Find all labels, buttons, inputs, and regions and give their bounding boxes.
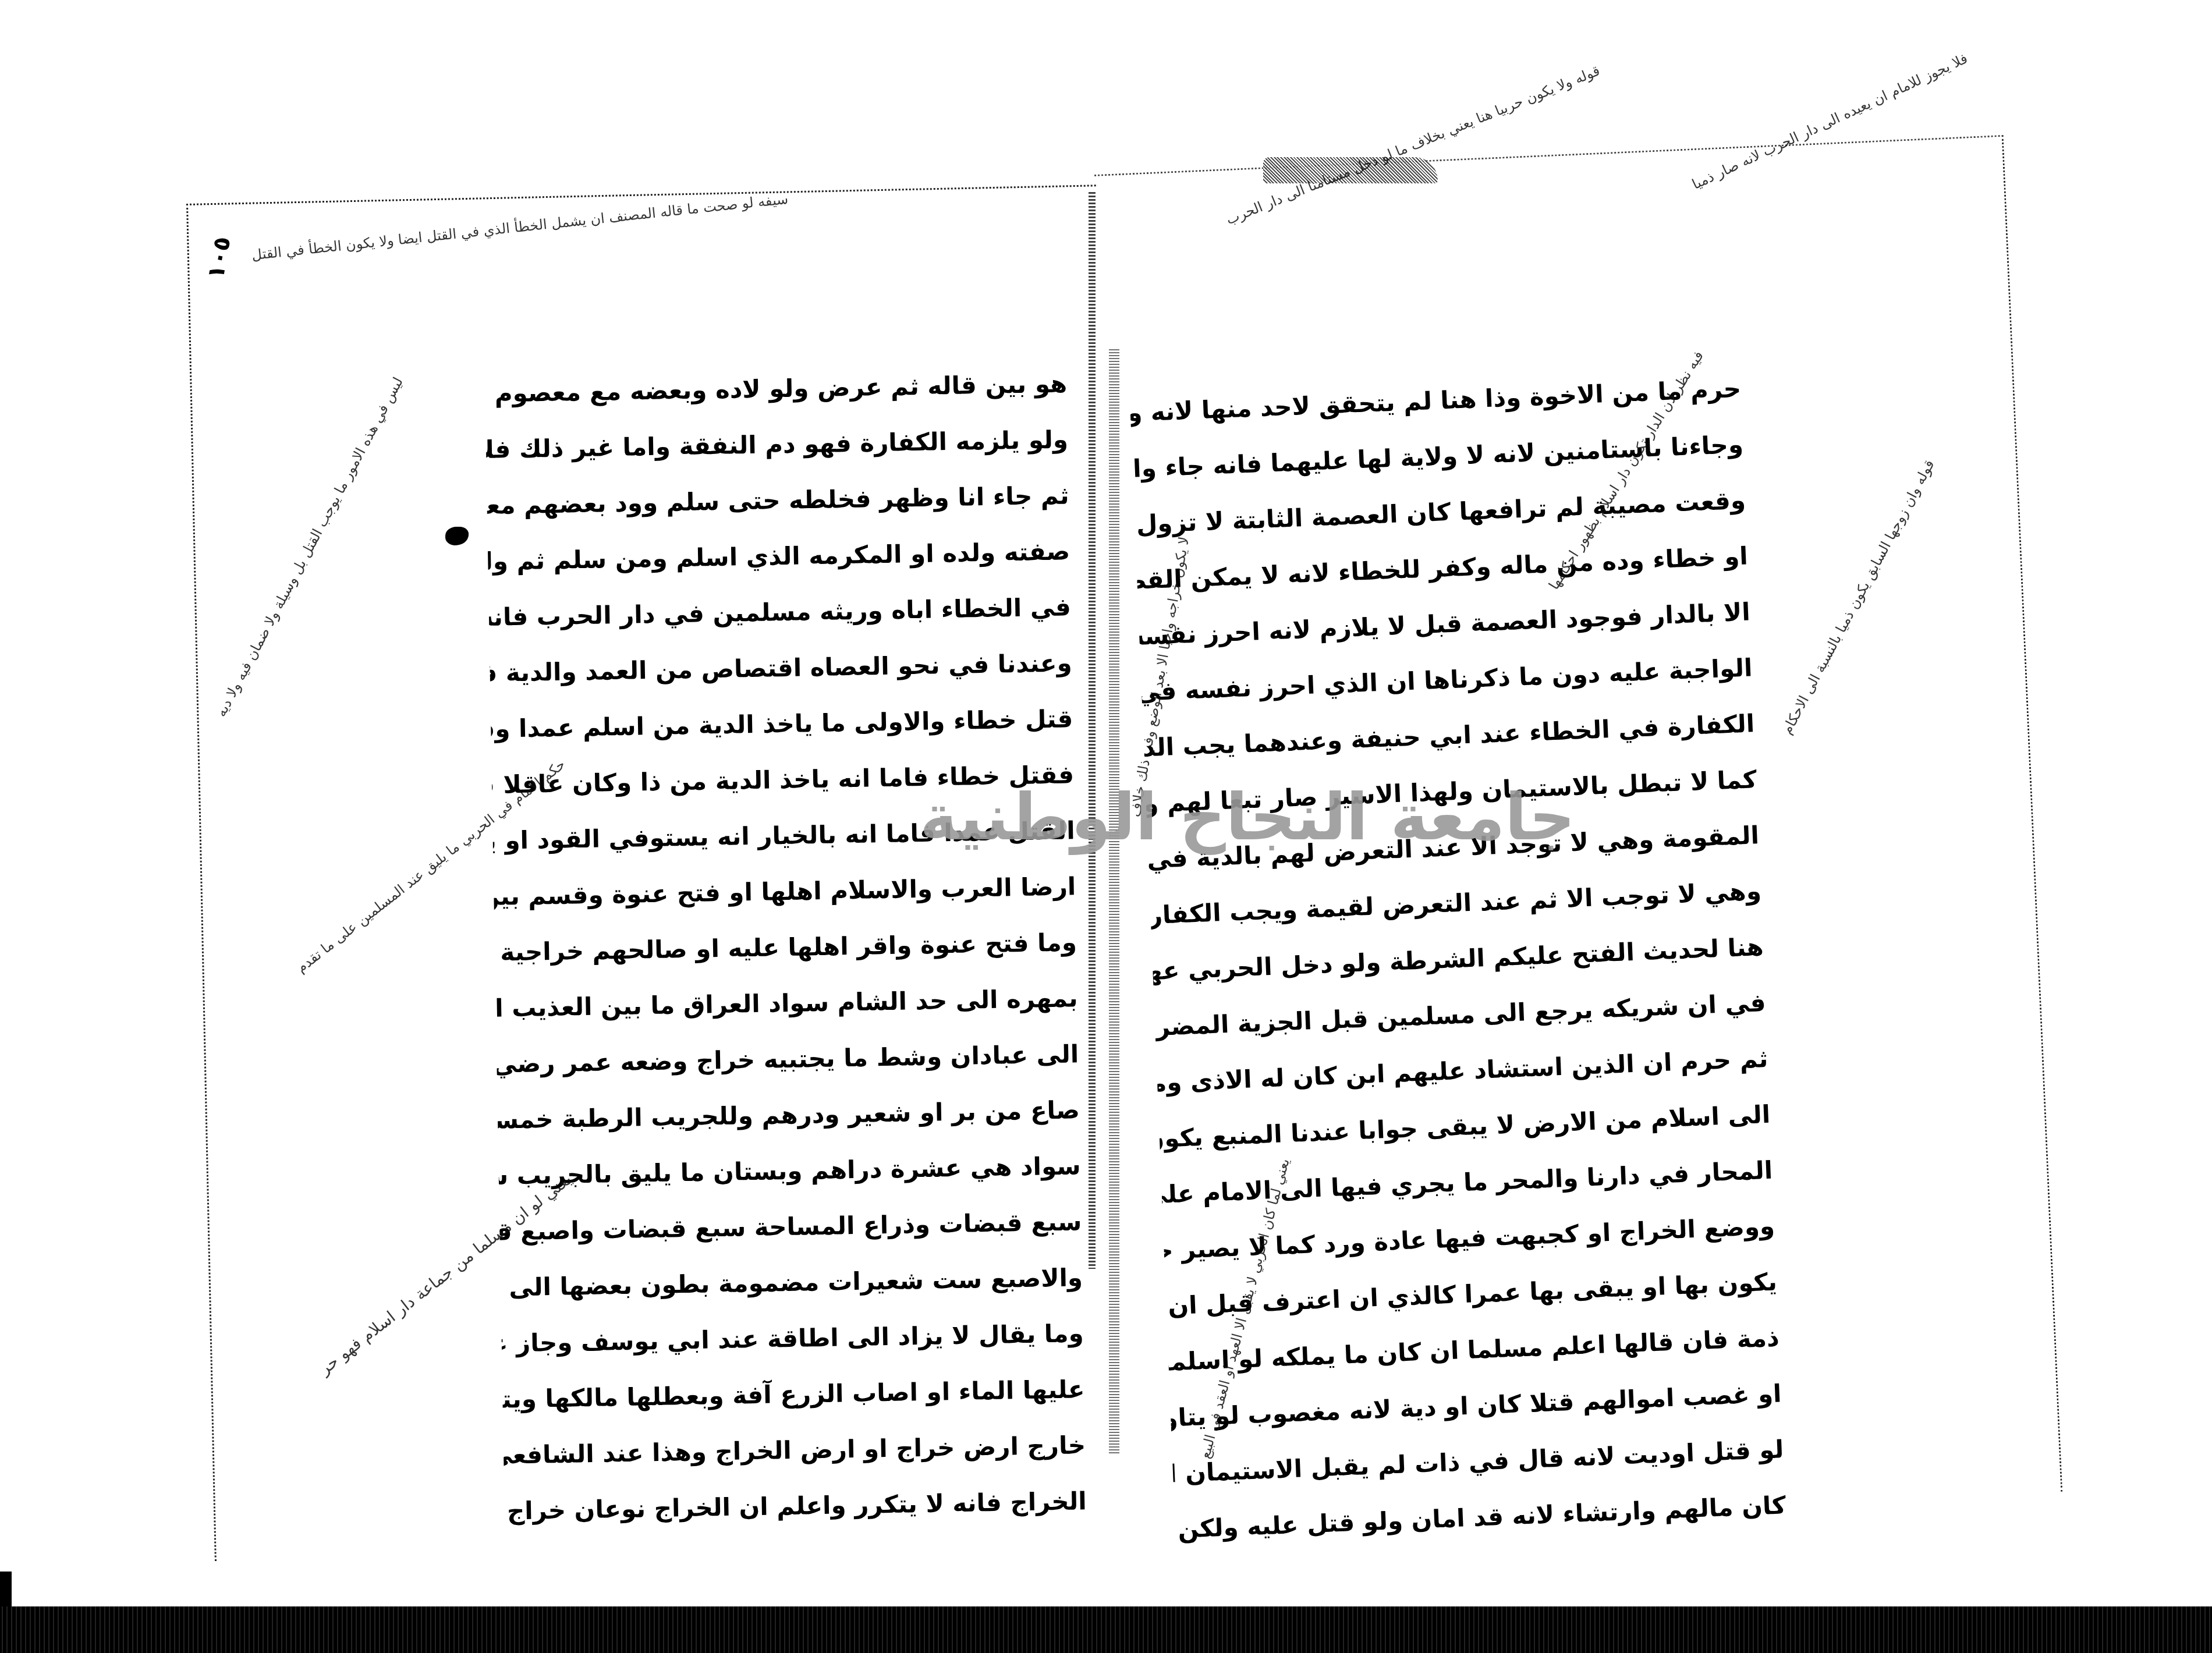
text-line: والاصبع ست شعيرات مضمومة بطون بعضها الى … xyxy=(500,1250,1083,1315)
text-line: الخراج فانه لا يتكرر واعلم ان الخراج نوع… xyxy=(504,1473,1087,1539)
text-line: عليها الماء او اصاب الزرع آفة وبعطلها ما… xyxy=(502,1361,1086,1427)
text-line: قتل خطاء والاولى ما ياخذ الدية من اسلم ع… xyxy=(491,691,1074,757)
text-line: وعندنا في نحو العصاه اقتصاص من العمد وال… xyxy=(490,635,1073,701)
text-line: صاع من بر او شعير ودرهم وللجريب الرطبة خ… xyxy=(497,1082,1080,1148)
text-line: بمهره الى حد الشام سواد العراق ما بين ال… xyxy=(495,970,1079,1036)
text-line: صفته ولده او المكرمه الذي اسلم ومن سلم ث… xyxy=(488,523,1071,589)
text-line: الى عبادان وشط ما يجتبيه خراج وضعه عمر ر… xyxy=(497,1026,1080,1092)
left-page-text: هو بين قاله ثم عرض ولو لاده وبعضه مع معص… xyxy=(484,356,1087,1539)
text-line: سواد هي عشرة دراهم وبستان ما يليق بالجري… xyxy=(498,1138,1082,1204)
text-line: وما فتح عنوة واقر اهلها عليه او صالحهم خ… xyxy=(494,914,1077,980)
manuscript-scan: ١٠٥ هو بين قاله ثم عرض ولو لاده وبعضه مع… xyxy=(0,0,2212,1653)
text-line: هو بين قاله ثم عرض ولو لاده وبعضه مع معص… xyxy=(484,356,1068,421)
scan-bottom-border xyxy=(0,1606,2212,1653)
library-watermark: جامعة النجاح الوطنية xyxy=(920,780,1575,854)
right-page-edge xyxy=(1109,349,1119,1455)
text-line: في الخطاء اباه وريثه مسلمين في دار الحرب… xyxy=(488,579,1072,645)
text-line: وما يقال لا يزاد الى اطاقة عند ابي يوسف … xyxy=(501,1306,1084,1371)
text-line: ارضا العرب والاسلام اهلها او فتح عنوة وق… xyxy=(494,859,1077,924)
text-line: ثم جاء انا وظهر فخلطه حتى سلم وود بعضهم … xyxy=(487,467,1070,533)
text-line: ولو يلزمه الكفارة فهو دم النفقة واما غير… xyxy=(485,412,1069,477)
text-line: خارج ارض خراج او ارض الخراج وهذا عند الش… xyxy=(503,1417,1086,1483)
book-gutter xyxy=(1089,192,1096,1269)
text-line: سبع قبضات وذراع المساحة سبع قبضات واصبع … xyxy=(499,1194,1083,1260)
